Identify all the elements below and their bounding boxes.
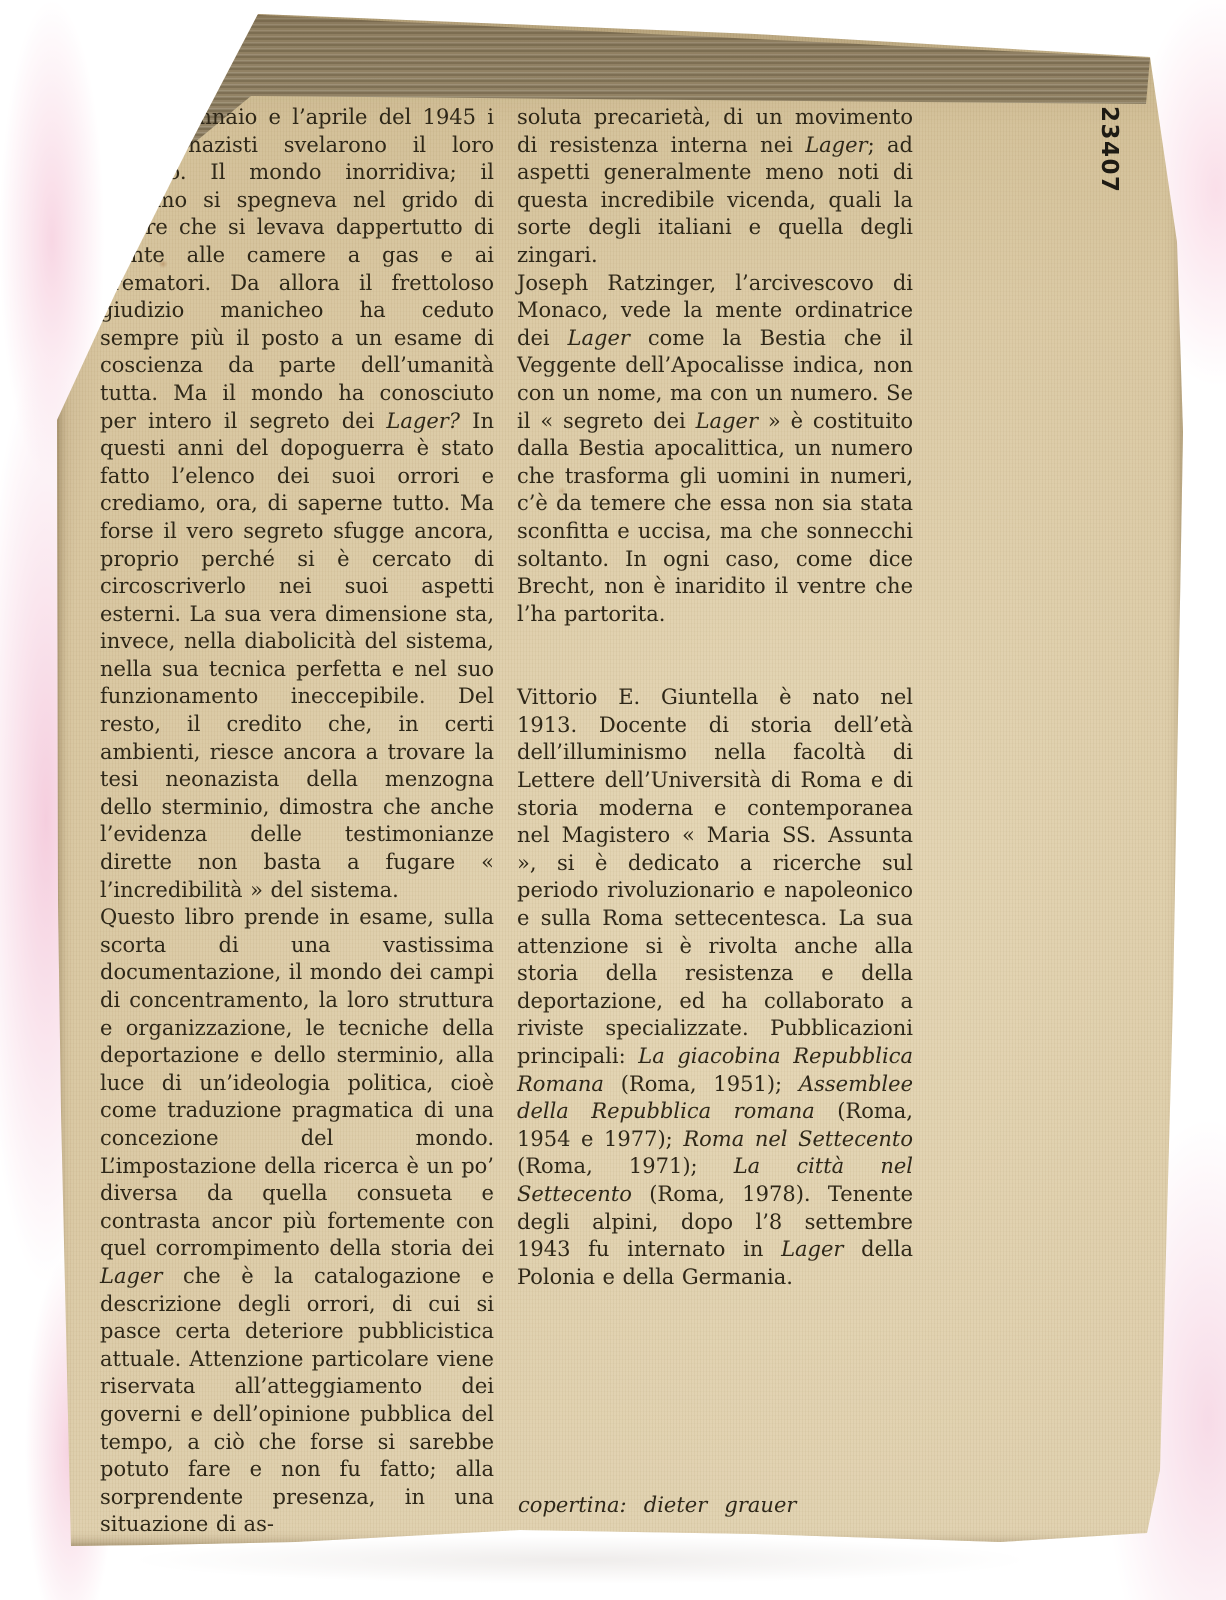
- book-back-cover: Tra il gennaio e l’aprile del 1945 i Lag…: [55, 12, 1185, 1548]
- paragraph: Tra il gennaio e l’aprile del 1945 i Lag…: [100, 104, 494, 904]
- catalog-number: 23407: [1096, 106, 1122, 194]
- paragraph: soluta precarietà, di un movimento di re…: [517, 104, 913, 270]
- paragraph: copertina: dieter grauer: [518, 1492, 938, 1518]
- text-column-left: Tra il gennaio e l’aprile del 1945 i Lag…: [100, 104, 494, 1539]
- photo-background: { "scene": { "background_color": "#fffff…: [0, 0, 1226, 1600]
- paragraph: Joseph Ratzinger, l’arcivescovo di Monac…: [517, 270, 913, 629]
- text-column-right: soluta precarietà, di un movimento di re…: [517, 104, 913, 1291]
- cover-credit: copertina: dieter grauer: [518, 1492, 938, 1518]
- paragraph: Vittorio E. Giuntella è nato nel 1913. D…: [517, 684, 913, 1291]
- paragraph: Questo libro prende in esame, sulla scor…: [100, 904, 494, 1539]
